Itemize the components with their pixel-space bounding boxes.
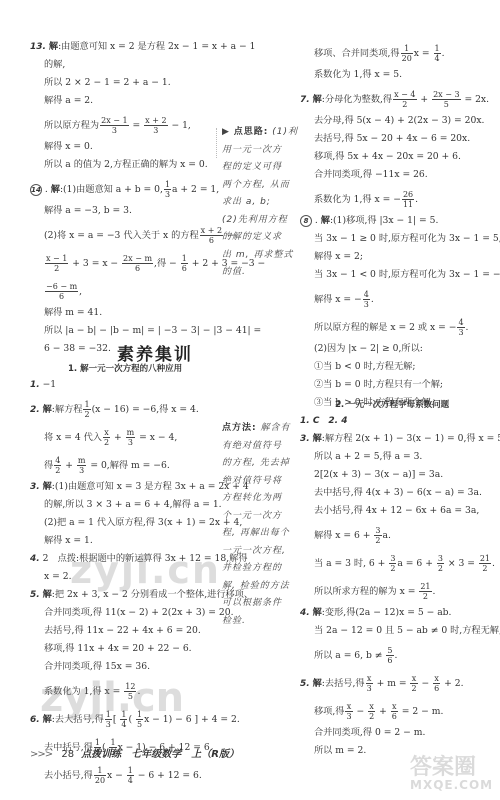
- hint-box-method: 点方法: 解含有 有绝对值符号 的方程, 先去掉 绝对值符号将 方程转化为两 个…: [222, 420, 300, 630]
- text-line: 所以 a + 2 = 5,得 a = 3.: [300, 448, 480, 466]
- text-line: 3. 解:(1)由题意可知 x = 3 是方程 3x + a = 2x + 4: [30, 478, 222, 496]
- right-column: 移项、合并同类项,得120x = 14. 系数化为 1,得 x = 5. 7. …: [300, 38, 480, 412]
- question-number: 1.: [30, 380, 40, 390]
- text-line: 所以 a = 6, b ≠ 56.: [300, 640, 480, 668]
- hint-line: 的解的定义求: [222, 229, 300, 247]
- hint-line: (2)先利用方程: [222, 212, 300, 230]
- text-line: 2. 解:解方程12(x − 16) = −6,得 x = 4.: [30, 394, 222, 422]
- text-line: 去小括号,得 4x + 12 − 6x + 6a = 3a,: [300, 502, 480, 520]
- text-line: 所以 2 × 2 − 1 = 2 + a − 1.: [30, 74, 222, 92]
- fraction: x + 26: [200, 226, 223, 245]
- solution-label: 解: [51, 184, 60, 195]
- hint-heading: 点思路:: [234, 127, 269, 137]
- circled-question-number: 14: [30, 184, 42, 196]
- text-line: 系数化为 1,得 x = 125.: [30, 676, 222, 704]
- hint-box-thinking: ▶ 点思路: (1)利 用一元一次方 程的定义可得 两个方程, 从而 求出 a,…: [222, 124, 300, 282]
- sub-title-1: 1. 解一元一次方程的八种应用: [68, 362, 182, 374]
- text-line: 解得 a = −3, b = 3.: [30, 202, 222, 220]
- text-line: 解得 x = −43.: [300, 284, 480, 312]
- text-line: 解得 x = 1.: [30, 532, 222, 550]
- text-line: 去分母,得 5(x − 4) + 2(2x − 3) = 20x.: [300, 112, 480, 130]
- text-line: 4. 2 点拨:根据题中的新运算得 3x + 12 = 18,解得: [30, 550, 222, 568]
- text-line: 4. 解:变形,得(2a − 12)x = 5 − ab.: [300, 604, 480, 622]
- text-line: 移项,得 5x + 4x − 20x = 20 + 6.: [300, 148, 480, 166]
- text-line: 系数化为 1,得 x = −2611.: [300, 184, 480, 212]
- solution-label: 解: [49, 41, 58, 52]
- hint-line: 的值.: [222, 264, 300, 282]
- text-line: 去中括号,得 4(x + 3) − 6(x − a) = 3a.: [300, 484, 480, 502]
- solution-label: 解: [313, 433, 322, 444]
- text-line: 解得 x = 2;: [300, 248, 480, 266]
- text-line: 解得 x = 0.: [30, 138, 222, 156]
- hint-line: 可以根据条件: [222, 595, 300, 613]
- left-column-lower: 1. −1 2. 解:解方程12(x − 16) = −6,得 x = 4. 将…: [30, 376, 222, 788]
- hint-line: 一元一次方程,: [222, 543, 300, 561]
- text-line: 的解,所以 3 × 3 + a = 6 + 4,解得 a = 1.: [30, 496, 222, 514]
- text-line: 合并同类项,得 0 = 2 − m.: [300, 724, 480, 742]
- book-title: 点拨训练 七年级数学 上（R版）: [81, 749, 239, 760]
- question-3-part2: 3. 解:解方程 2(x + 1) − 3(x − 1) = 0,得 x = 5…: [300, 430, 480, 604]
- fraction: 16: [181, 254, 188, 273]
- question-number: 5.: [300, 679, 310, 689]
- hint-heading: 点方法:: [222, 423, 257, 433]
- text-line: 当 2a − 12 = 0 且 5 − ab ≠ 0 时,方程无解,: [300, 622, 480, 640]
- chevrons-icon: >>>: [30, 749, 52, 760]
- answers-1-2: 1. C 2. 4: [300, 412, 480, 430]
- hint-line: 有绝对值符号: [222, 438, 300, 456]
- watermark-url: MXQE.COM: [410, 778, 493, 792]
- hint-line: 出 m, 再求整式: [222, 247, 300, 265]
- fraction: x2: [103, 428, 110, 447]
- solution-label: 解: [313, 678, 322, 689]
- fraction: 13: [164, 180, 171, 199]
- solution-label: 解: [43, 714, 52, 725]
- question-number: 4.: [300, 608, 310, 618]
- text-line: 去小括号,得120x − 14 − 6 + 12 = 6.: [30, 760, 222, 788]
- fraction: 2x − m6: [122, 254, 153, 273]
- question-2: 2. 解:解方程12(x − 16) = −6,得 x = 4. 将 x = 4…: [30, 394, 222, 478]
- right-column-lower: 1. C 2. 4 3. 解:解方程 2(x + 1) − 3(x − 1) =…: [300, 412, 480, 760]
- text-line: 移项,得 11x + 4x = 20 + 22 − 6.: [30, 640, 222, 658]
- text-line: (2)因为 |x − 2| ≥ 0,所以:: [300, 340, 480, 358]
- text-line: 的解,: [30, 56, 222, 74]
- text-line: 2[2(x + 3) − 3(x − a)] = 3a.: [300, 466, 480, 484]
- hint-line: 个一元一次方: [222, 508, 300, 526]
- question-4-part2: 4. 解:变形,得(2a − 12)x = 5 − ab. 当 2a − 12 …: [300, 604, 480, 668]
- question-number: 4.: [30, 554, 40, 564]
- text-line: x = 2.: [30, 568, 222, 586]
- fraction: −6 − m6: [45, 282, 78, 301]
- circled-question-number: 8: [300, 215, 312, 227]
- text-line: 当 3x − 1 ≥ 0 时,原方程可化为 3x − 1 = 5,: [300, 230, 480, 248]
- fraction: x − 12: [45, 254, 68, 273]
- arrow-icon: ▶: [222, 127, 234, 137]
- fraction: 2x − 13: [100, 116, 128, 135]
- question-number: 5.: [30, 590, 40, 600]
- text-line: (2)将 x = a = −3 代入关于 x 的方程x + 26 −: [30, 220, 222, 248]
- text-line: 7. 解:分母化为整数,得x − 42 + 2x − 35 = 2x.: [300, 84, 480, 112]
- hint-line: 两个方程, 从而: [222, 177, 300, 195]
- text-line: 将 x = 4 代入x2 + m3 = x − 4,: [30, 422, 222, 450]
- question-number: 7.: [300, 95, 310, 105]
- hint-line: 检验.: [222, 613, 300, 631]
- text-line: 5. 解:去括号,得x3 + m = x2 − x6 + 2.: [300, 668, 480, 696]
- text-line: 所以 m = 2.: [300, 742, 480, 760]
- fraction: 42: [54, 456, 61, 475]
- text-line: :由题意可知 x = 2 是方程 2x − 1 = x + a − 1: [58, 41, 255, 52]
- divider: [216, 128, 217, 158]
- question-4: 4. 2 点拨:根据题中的新运算得 3x + 12 = 18,解得 x = 2.: [30, 550, 222, 586]
- text-line: ①当 b < 0 时,方程无解;: [300, 358, 480, 376]
- question-number: 13.: [30, 42, 46, 52]
- page-footer: >>> 28 点拨训练 七年级数学 上（R版）: [30, 745, 239, 760]
- text-line: 14 . 解:(1)由题意知 a + b = 0,13a + 2 = 1,: [30, 174, 222, 202]
- text-line: 系数化为 1,得 x = 5.: [300, 66, 480, 84]
- text-line: 所以原方程为2x − 13 = x + 23 − 1,: [30, 110, 222, 138]
- text-line: 移项,得x3 − x2 + x6 = 2 − m.: [300, 696, 480, 724]
- question-7: 7. 解:分母化为整数,得x − 42 + 2x − 35 = 2x. 去分母,…: [300, 84, 480, 212]
- fraction: x + 23: [144, 116, 167, 135]
- text-line: 6. 解:去大括号,得13[ 14( 15x − 1) − 6 ] + 4 = …: [30, 704, 222, 732]
- hint-line: 方程转化为两: [222, 490, 300, 508]
- hint-line: 用一元一次方: [222, 142, 300, 160]
- solution-label: 解: [43, 481, 52, 492]
- text-line: 合并同类项,得 −11x = 26.: [300, 166, 480, 184]
- text-line: 8 . 解:(1)移项,得 |3x − 1| = 5.: [300, 212, 480, 230]
- question-8: 8 . 解:(1)移项,得 |3x − 1| = 5. 当 3x − 1 ≥ 0…: [300, 212, 480, 412]
- question-5-part2: 5. 解:去括号,得x3 + m = x2 − x6 + 2. 移项,得x3 −…: [300, 668, 480, 760]
- solution-label: 解: [313, 607, 322, 618]
- text-line: 3. 解:解方程 2(x + 1) − 3(x − 1) = 0,得 x = 5…: [300, 430, 480, 448]
- text-line: 去括号,得 11x − 22 + 4x + 6 = 20.: [30, 622, 222, 640]
- text-line: −6 − m6,: [30, 276, 222, 304]
- hint-line: 绝对值符号将: [222, 473, 300, 491]
- solution-label: 解: [313, 94, 322, 105]
- page-number: 28: [61, 749, 74, 760]
- text-line: (2)把 a = 1 代入原方程,得 3(x + 1) = 2x + 4,: [30, 514, 222, 532]
- text-line: x − 12 + 3 = x − 2x − m6,得 − 16 + 2 + 3 …: [30, 248, 222, 276]
- hint-line: 求出 a, b;: [222, 194, 300, 212]
- solution-label: 解: [43, 589, 52, 600]
- text-line: 合并同类项,得 11(x − 2) + 2(2x + 3) = 20.: [30, 604, 222, 622]
- text-line: 当 a = 3 时, 6 + 32a = 6 + 32 × 3 = 212.: [300, 548, 480, 576]
- fraction: 125: [124, 682, 136, 701]
- text-line: 去括号,得 5x − 20 + 4x − 6 = 20x.: [300, 130, 480, 148]
- question-1: 1. −1: [30, 376, 222, 394]
- text-line: 所以原方程的解是 x = 2 或 x = −43.: [300, 312, 480, 340]
- text-line: 得42 + m3 = 0,解得 m = −6.: [30, 450, 222, 478]
- hint-line: 程的定义可得: [222, 159, 300, 177]
- fraction: 12: [83, 400, 90, 419]
- solution-label: 解: [321, 215, 330, 226]
- text-line: 解得 x = 6 + 32a.: [300, 520, 480, 548]
- question-13: 13. 解:由题意可知 x = 2 是方程 2x − 1 = x + a − 1…: [30, 38, 222, 174]
- sub-title-2: 2. 一元一次方程字母系数问题: [335, 398, 449, 410]
- text-line: 移项、合并同类项,得120x = 14.: [300, 38, 480, 66]
- text-line: ②当 b = 0 时,方程只有一个解;: [300, 376, 480, 394]
- question-number: 3.: [30, 482, 40, 492]
- question-5: 5. 解:把 2x + 3, x − 2 分别看成一个整体,进行移项、 合并同类…: [30, 586, 222, 704]
- text-line: 解得 m = 41.: [30, 304, 222, 322]
- hint-line: 并检验方程的: [222, 560, 300, 578]
- question-14: 14 . 解:(1)由题意知 a + b = 0,13a + 2 = 1, 解得…: [30, 174, 222, 358]
- text-line: 所以所求方程的解为 x = 212.: [300, 576, 480, 604]
- question-6-continued: 移项、合并同类项,得120x = 14. 系数化为 1,得 x = 5.: [300, 38, 480, 84]
- fraction: m3: [77, 456, 87, 475]
- text-line: 当 3x − 1 < 0 时,原方程可化为 3x − 1 = −5,: [300, 266, 480, 284]
- text-line: 所以 a 的值为 2,方程正确的解为 x = 0.: [30, 156, 222, 174]
- left-column: 13. 解:由题意可知 x = 2 是方程 2x − 1 = x + a − 1…: [30, 38, 222, 358]
- question-number: 2.: [30, 405, 40, 415]
- text-line: 合并同类项,得 15x = 36.: [30, 658, 222, 676]
- question-number: 6.: [30, 715, 40, 725]
- text-line: 5. 解:把 2x + 3, x − 2 分别看成一个整体,进行移项、: [30, 586, 222, 604]
- text-line: 所以 |a − b| − |b − m| = | −3 − 3| − |3 − …: [30, 322, 222, 340]
- hint-line: 的方程, 先去掉: [222, 455, 300, 473]
- question-3: 3. 解:(1)由题意可知 x = 3 是方程 3x + a = 2x + 4 …: [30, 478, 222, 550]
- text-line: 解得 a = 2.: [30, 92, 222, 110]
- solution-label: 解: [43, 404, 52, 415]
- hint-line: 解, 检验的方法: [222, 578, 300, 596]
- hint-line: 程, 再解出每个: [222, 525, 300, 543]
- fraction: m3: [126, 428, 136, 447]
- question-number: 3.: [300, 434, 310, 444]
